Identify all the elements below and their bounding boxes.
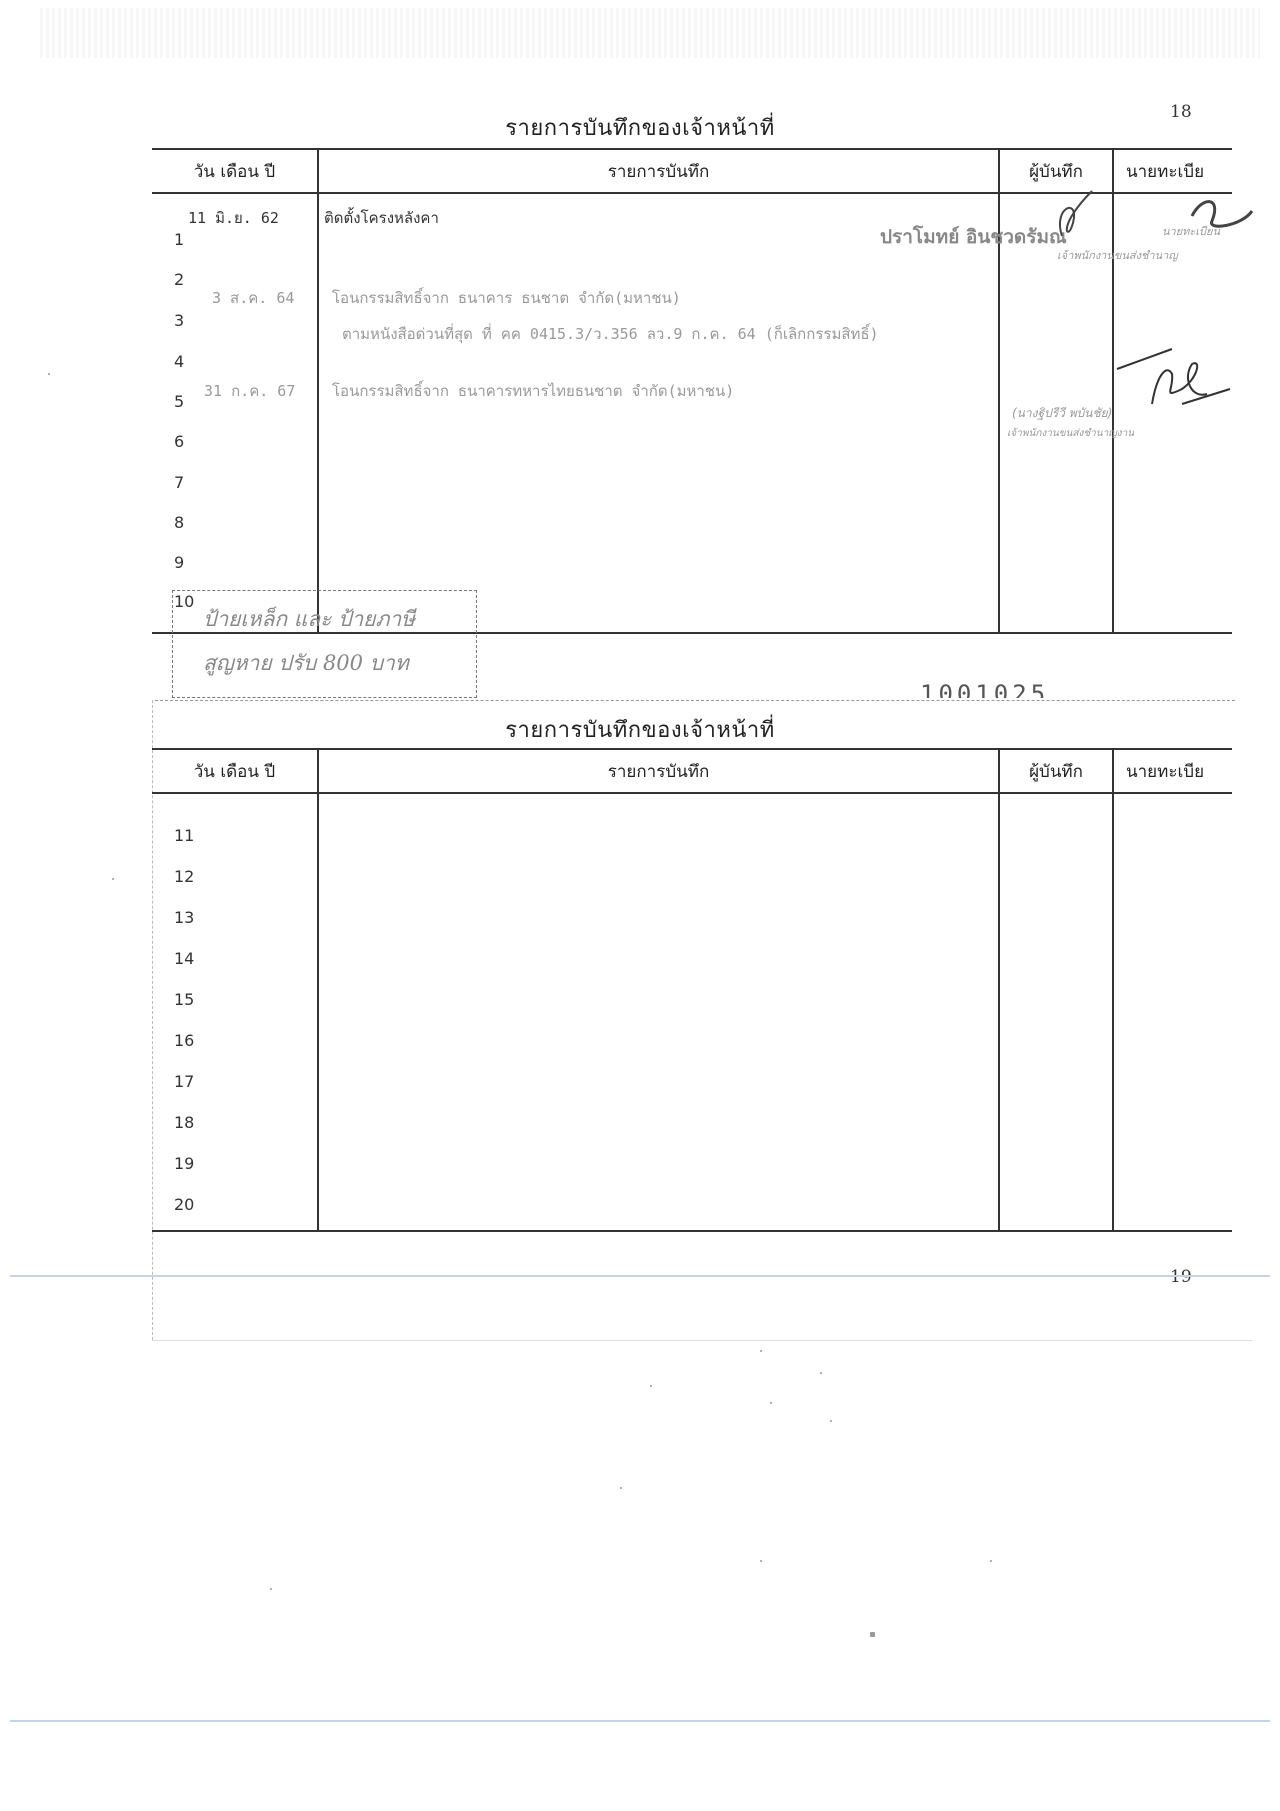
table-body-bottom: 11 12 13 14 15 16 17 18 19 20 xyxy=(152,794,1232,1232)
barcode-number: 1001025 xyxy=(920,680,1049,698)
recorder-stamp-position: เจ้าพนักงานขนส่งชำนาญ xyxy=(1057,246,1178,264)
row-number: 4 xyxy=(174,352,184,371)
row-number: 12 xyxy=(174,867,194,886)
scan-speck xyxy=(760,1350,762,1352)
row-number: 19 xyxy=(174,1154,194,1173)
entry-text: ติดตั้งโครงหลังคา xyxy=(324,206,439,230)
col-record: รายการบันทึก xyxy=(319,150,1000,192)
col-recorder: ผู้บันทึก xyxy=(1000,750,1114,792)
page-number-bottom: 19 xyxy=(1170,1267,1192,1287)
scan-speck xyxy=(650,1385,652,1387)
signature-icon xyxy=(1112,344,1232,414)
scan-speck xyxy=(830,1420,832,1422)
row-number: 7 xyxy=(174,473,184,492)
fine-stamp: ป้ายเหล็ก และ ป้ายภาษี สูญหาย ปรับ 800 บ… xyxy=(172,590,477,698)
row-number: 16 xyxy=(174,1031,194,1050)
row-number: 14 xyxy=(174,949,194,968)
recorder-stamp-position-2: เจ้าพนักงานขนส่งชำนาญงาน xyxy=(1007,426,1134,441)
entry-date: 11 มิ.ย. 62 xyxy=(188,206,279,230)
table-header: วัน เดือน ปี รายการบันทึก ผู้บันทึก นายท… xyxy=(152,750,1232,794)
entry-text: ตามหนังสือด่วนที่สุด ที่ คค 0415.3/ว.356… xyxy=(342,322,879,346)
scan-speck xyxy=(48,373,50,375)
sheet-title-bottom: รายการบันทึกของเจ้าหน้าที่ xyxy=(0,712,1280,747)
scan-speck xyxy=(112,878,114,880)
fine-stamp-line2: สูญหาย ปรับ 800 บาท xyxy=(203,647,409,680)
row-number: 5 xyxy=(174,392,184,411)
row-number: 13 xyxy=(174,908,194,927)
scan-bleed-through xyxy=(40,8,1260,58)
perforation-line xyxy=(155,700,1235,701)
entry-text: โอนกรรมสิทธิ์จาก ธนาคารทหารไทยธนชาต จำกั… xyxy=(332,379,734,403)
scan-speck xyxy=(870,1632,875,1637)
fine-stamp-line1: ป้ายเหล็ก และ ป้ายภาษี xyxy=(203,603,415,636)
entry-date: 31 ก.ค. 67 xyxy=(204,379,295,403)
scan-speck xyxy=(760,1560,762,1562)
record-table-top: วัน เดือน ปี รายการบันทึก ผู้บันทึก นายท… xyxy=(152,148,1232,634)
row-number: 1 xyxy=(174,230,184,249)
row-number: 15 xyxy=(174,990,194,1009)
sheet-title-top: รายการบันทึกของเจ้าหน้าที่ xyxy=(0,110,1280,145)
row-number: 2 xyxy=(174,270,184,289)
col-registrar: นายทะเบีย xyxy=(1114,750,1232,792)
row-number: 6 xyxy=(174,432,184,451)
scan-speck xyxy=(270,1588,272,1590)
record-table-bottom: วัน เดือน ปี รายการบันทึก ผู้บันทึก นายท… xyxy=(152,748,1232,1232)
row-number: 17 xyxy=(174,1072,194,1091)
col-date: วัน เดือน ปี xyxy=(152,150,319,192)
col-record: รายการบันทึก xyxy=(319,750,1000,792)
sheet-bottom-edge xyxy=(152,1340,1252,1341)
signature-icon xyxy=(1042,186,1262,246)
recorder-stamp-name: ปราโมทย์ อินชวดรัมณ xyxy=(880,222,1067,252)
scan-speck xyxy=(620,1487,622,1489)
scan-edge-line xyxy=(10,1720,1270,1722)
scan-speck xyxy=(770,1402,772,1404)
entry-date: 3 ส.ค. 64 xyxy=(212,286,294,310)
row-number: 11 xyxy=(174,826,194,845)
entry-text: โอนกรรมสิทธิ์จาก ธนาคาร ธนชาต จำกัด(มหาช… xyxy=(332,286,681,310)
table-body-top: 1 2 3 4 5 6 7 8 9 10 11 มิ.ย. 62 ติดตั้ง… xyxy=(152,194,1232,634)
scan-speck xyxy=(990,1560,992,1562)
col-date: วัน เดือน ปี xyxy=(152,750,319,792)
row-number: 18 xyxy=(174,1113,194,1132)
row-number: 8 xyxy=(174,513,184,532)
row-number: 20 xyxy=(174,1195,194,1214)
scan-speck xyxy=(820,1372,822,1374)
recorder-stamp-name-2: (นางฐิปรีวี พบันชัย) xyxy=(1012,404,1112,423)
row-number: 9 xyxy=(174,553,184,572)
row-number: 3 xyxy=(174,311,184,330)
scan-edge-line xyxy=(10,1275,1270,1277)
